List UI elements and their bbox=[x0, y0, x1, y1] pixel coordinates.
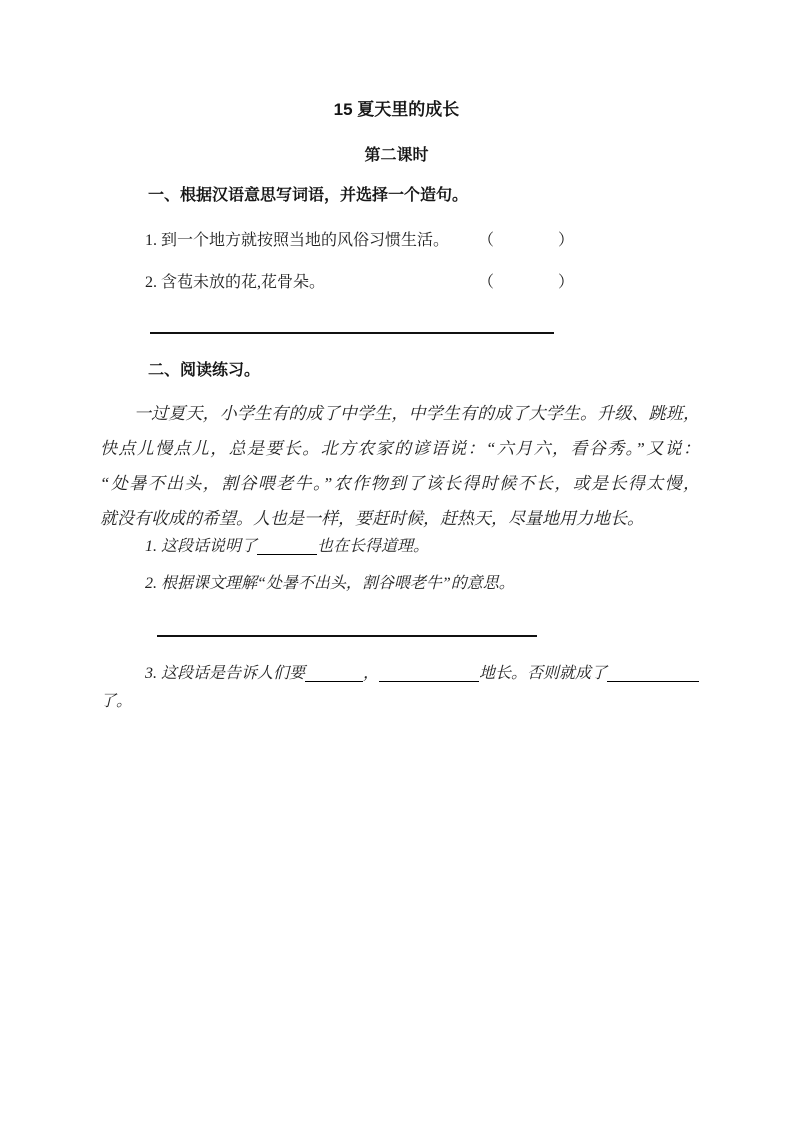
section-one-heading: 一、根据汉语意思写词语，并选择一个造句。 bbox=[148, 186, 468, 205]
answer-blank bbox=[305, 679, 363, 682]
session-title: 第二课时 bbox=[0, 146, 793, 165]
answer-blank bbox=[607, 679, 699, 682]
lesson-title: 15 夏天里的成长 bbox=[0, 100, 793, 120]
worksheet-page: 15 夏天里的成长 第二课时 一、根据汉语意思写词语，并选择一个造句。 1. 到… bbox=[0, 0, 793, 1122]
question-3-seg2: 地长。否则就成了 bbox=[479, 665, 607, 682]
question-3-comma: ， bbox=[363, 665, 379, 682]
question-2: 2. 根据课文理解“处暑不出头，割谷喂老牛”的意思。 bbox=[145, 574, 515, 593]
passage-line-1: 一过夏天，小学生有的成了中学生，中学生有的成了大学生。升级、跳班， bbox=[100, 396, 700, 431]
passage-line-2: 快点儿慢点儿，总是要长。北方农家的谚语说：“六月六，看谷秀。”又说： bbox=[100, 431, 700, 466]
question-3-continuation: 了。 bbox=[100, 692, 132, 711]
sentence-writing-line bbox=[150, 332, 554, 334]
definition-item-2-answer-parens: （ ） bbox=[478, 273, 574, 292]
answer-blank bbox=[379, 679, 479, 682]
definition-item-2-text: 2. 含苞未放的花,花骨朵。 bbox=[145, 274, 325, 291]
reading-passage: 一过夏天，小学生有的成了中学生，中学生有的成了大学生。升级、跳班， 快点儿慢点儿… bbox=[100, 396, 700, 536]
section-two-heading: 二、阅读练习。 bbox=[148, 361, 260, 380]
definition-item-1-answer-parens: （ ） bbox=[478, 231, 574, 250]
question-3-seg1: 3. 这段话是告诉人们要 bbox=[145, 665, 305, 682]
passage-line-4: 就没有收成的希望。人也是一样，要赶时候，赶热天，尽量地用力地长。 bbox=[100, 501, 700, 536]
passage-line-3: “处暑不出头，割谷喂老牛。”农作物到了该长得时候不长，或是长得太慢， bbox=[100, 466, 700, 501]
meaning-answer-line bbox=[157, 635, 537, 637]
question-1: 1. 这段话说明了也在长得道理。 bbox=[145, 537, 429, 556]
answer-blank bbox=[257, 552, 317, 555]
definition-item-2: 2. 含苞未放的花,花骨朵。 （ ） bbox=[145, 273, 698, 292]
definition-item-1-text: 1. 到一个地方就按照当地的风俗习惯生活。 bbox=[145, 232, 449, 249]
question-1-post: 也在长得道理。 bbox=[317, 538, 429, 555]
question-1-pre: 1. 这段话说明了 bbox=[145, 538, 257, 555]
definition-item-1: 1. 到一个地方就按照当地的风俗习惯生活。 （ ） bbox=[145, 231, 698, 250]
question-3: 3. 这段话是告诉人们要，地长。否则就成了 bbox=[145, 664, 699, 683]
